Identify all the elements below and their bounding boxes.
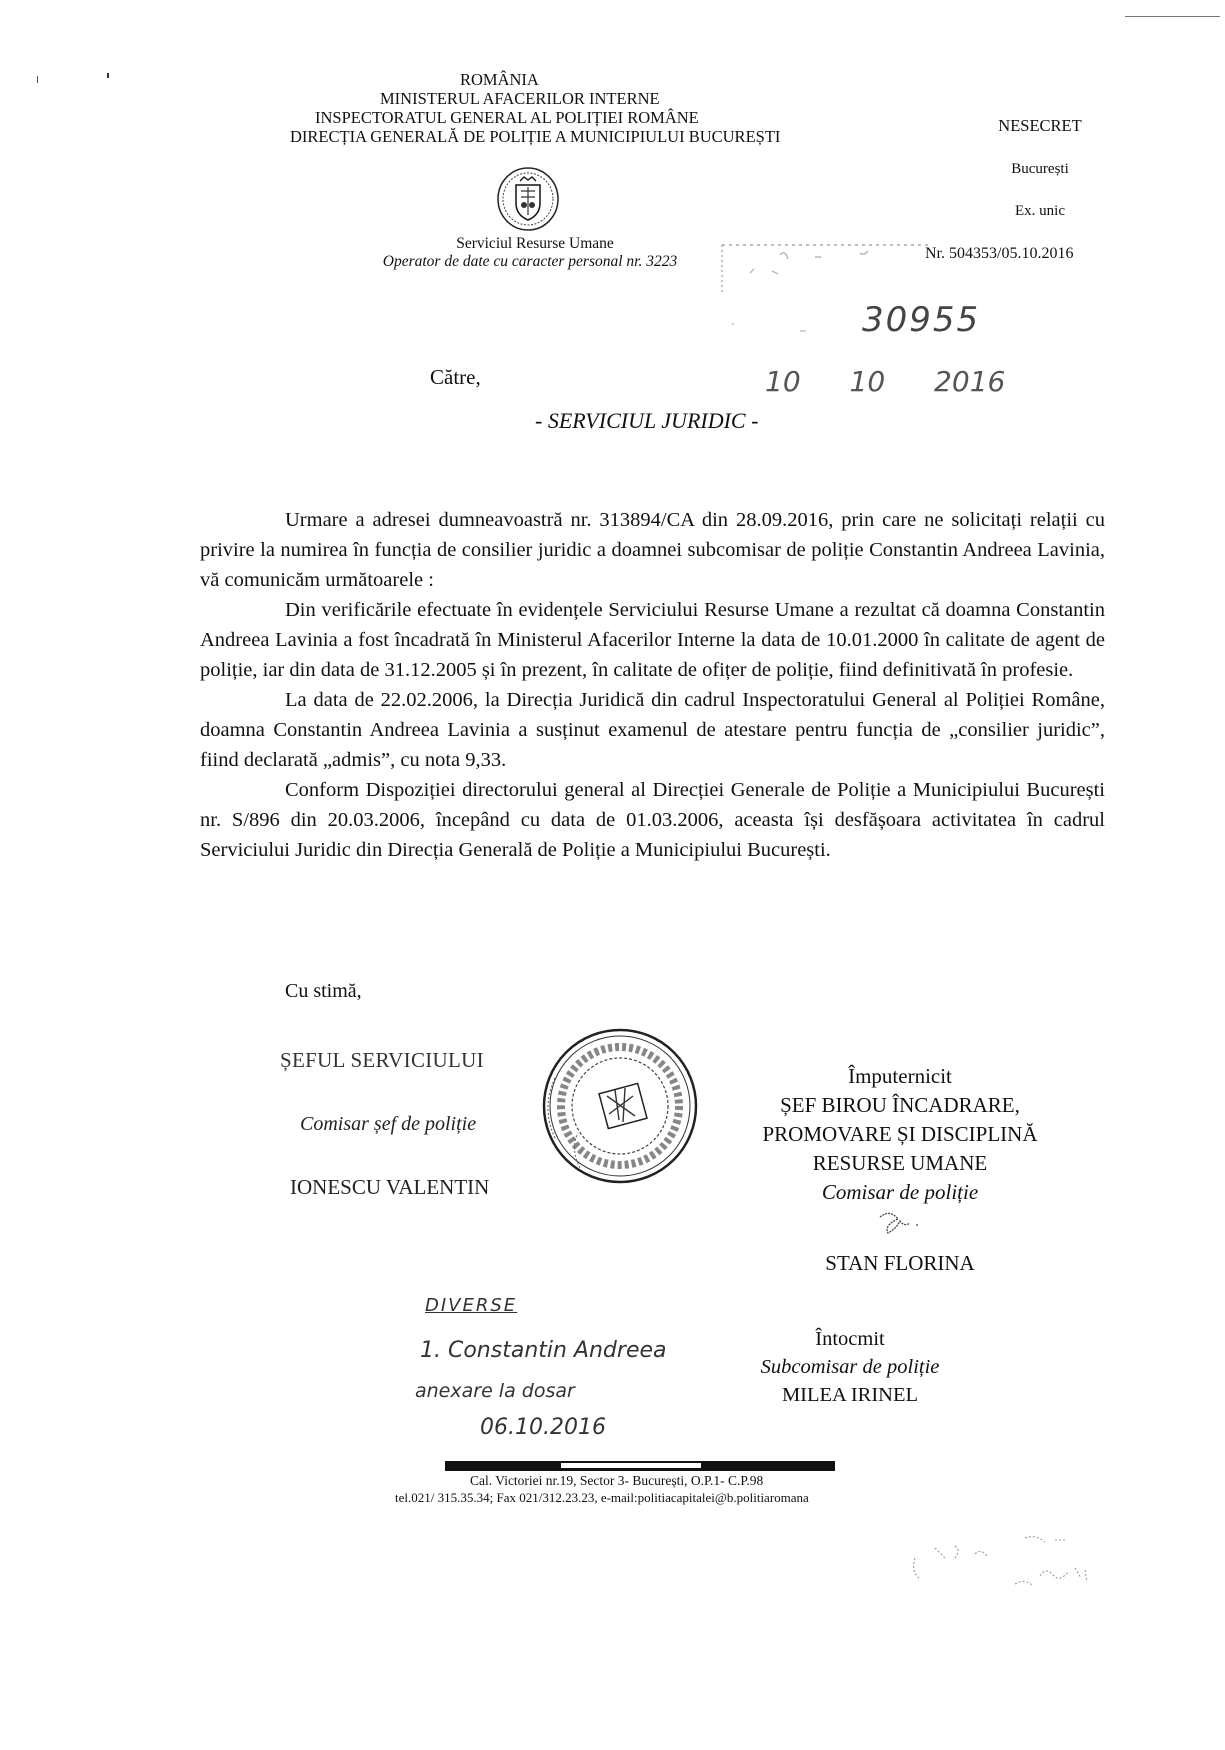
right-signature-block: Împuternicit ȘEF BIROU ÎNCADRARE, PROMOV…: [705, 1062, 1095, 1278]
classification-level: NESECRET: [960, 116, 1120, 136]
right-signatory-rank: Comisar de poliție: [705, 1178, 1095, 1207]
official-round-stamp-icon: [525, 1018, 705, 1198]
salutation: Către,: [430, 365, 481, 390]
body-paragraph: La data de 22.02.2006, la Direcția Jurid…: [200, 685, 1105, 775]
letterhead-inspectorate: INSPECTORATUL GENERAL AL POLIȚIEI ROMÂNE: [290, 108, 810, 127]
body-paragraph: Din verificările efectuate în evidențele…: [200, 595, 1105, 685]
body-paragraph: Conform Dispoziției directorului general…: [200, 775, 1105, 865]
recipient: - SERVICIUL JURIDIC -: [535, 408, 758, 434]
letter-body: Urmare a adresei dumneavoastră nr. 31389…: [200, 505, 1105, 865]
left-signatory-name: IONESCU VALENTIN: [290, 1175, 489, 1200]
right-signatory-title: ȘEF BIROU ÎNCADRARE,: [705, 1091, 1095, 1120]
signature-scribble: [860, 1207, 940, 1241]
closing: Cu stimă,: [285, 980, 362, 1003]
handwritten-registration-date: 10 10 2016: [765, 365, 1005, 398]
footer-contact: tel.021/ 315.35.34; Fax 021/312.23.23, e…: [395, 1490, 809, 1506]
left-signatory-title: ȘEFUL SERVICIULUI: [280, 1048, 484, 1073]
copy-count: Ex. unic: [960, 203, 1120, 220]
prepared-by-label: Întocmit: [700, 1325, 1000, 1353]
handwritten-line: anexare la dosar: [415, 1380, 575, 1402]
prepared-by-block: Întocmit Subcomisar de poliție MILEA IRI…: [700, 1325, 1000, 1409]
handwritten-date: 06.10.2016: [480, 1415, 606, 1440]
data-operator-number: Operator de date cu caracter personal nr…: [350, 253, 710, 271]
letterhead-directorate: DIRECȚIA GENERALĂ DE POLIȚIE A MUNICIPIU…: [290, 127, 810, 146]
right-signatory-title: RESURSE UMANE: [705, 1149, 1095, 1178]
footer-address: Cal. Victoriei nr.19, Sector 3- Bucureșt…: [470, 1473, 763, 1489]
document-number: Nr. 504353/05.10.2016: [925, 245, 1073, 263]
department-name: Serviciul Resurse Umane: [420, 235, 650, 253]
faint-margin-scribble: [905, 1518, 1145, 1608]
scan-artifact-mark: [37, 76, 38, 83]
scan-artifact-mark: [107, 73, 109, 78]
letterhead-country: ROMÂNIA: [290, 70, 810, 89]
letterhead: ROMÂNIA MINISTERUL AFACERILOR INTERNE IN…: [290, 70, 810, 146]
body-paragraph: Urmare a adresei dumneavoastră nr. 31389…: [200, 505, 1105, 595]
letterhead-ministry: MINISTERUL AFACERILOR INTERNE: [290, 89, 810, 108]
handwritten-line: 1. Constantin Andreea: [420, 1338, 667, 1363]
handwritten-annotation: DIVERSE 1. Constantin Andreea anexare la…: [390, 1290, 730, 1460]
right-signatory-title: PROMOVARE ȘI DISCIPLINĂ: [705, 1120, 1095, 1149]
prepared-by-rank: Subcomisar de poliție: [700, 1353, 1000, 1381]
handwritten-registration-number: 30955: [862, 300, 980, 340]
prepared-by-name: MILEA IRINEL: [700, 1381, 1000, 1409]
scan-artifact-line: [1125, 16, 1220, 17]
right-signatory-name: STAN FLORINA: [705, 1249, 1095, 1278]
left-signatory-rank: Comisar șef de poliție: [300, 1113, 476, 1136]
document-location: București: [960, 161, 1120, 178]
right-signatory-prefix: Împuternicit: [705, 1062, 1095, 1091]
police-emblem-icon: [490, 165, 566, 233]
handwritten-header: DIVERSE: [425, 1295, 517, 1316]
footer-bar: [445, 1461, 835, 1471]
